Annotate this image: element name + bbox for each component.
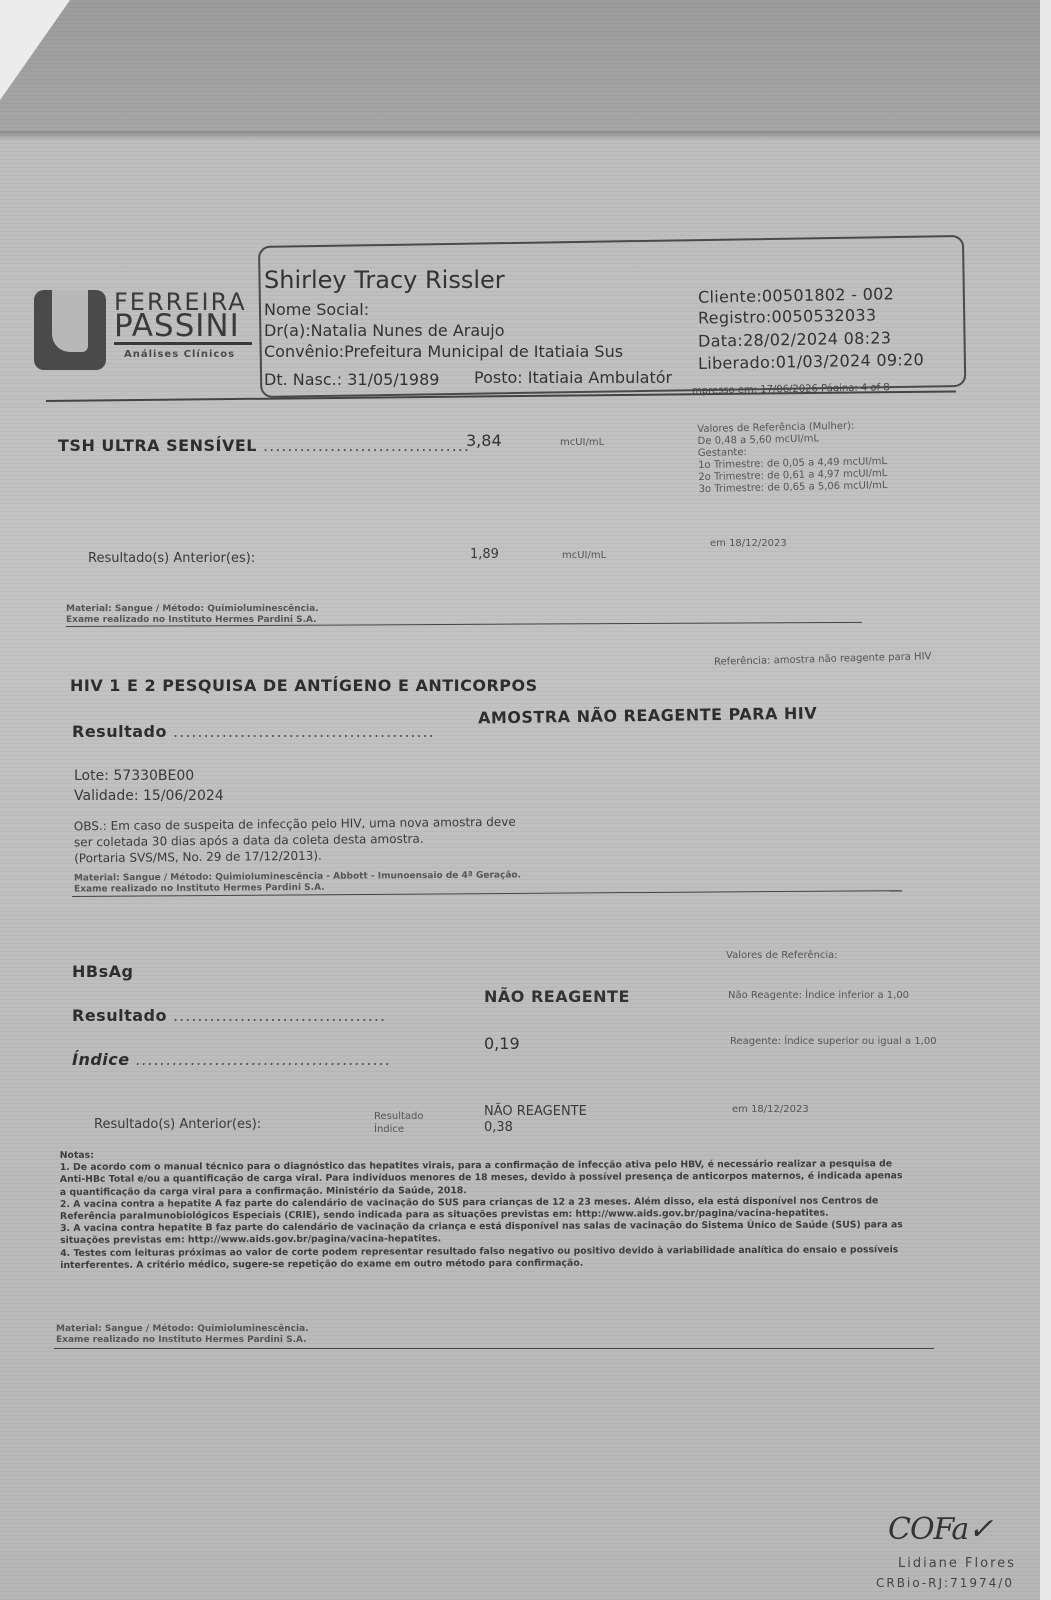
brand-subtitle: Análises Clínicos — [124, 349, 235, 360]
tsh-reference: Valores de Referência (Mulher): De 0,48 … — [697, 420, 887, 496]
hbsag-previous-labels: ResultadoÍndice — [374, 1110, 424, 1136]
hbsag-divider — [54, 1348, 934, 1349]
cliente-id: Cliente:00501802 - 002 — [698, 284, 894, 306]
social-name: Nome Social: — [264, 300, 369, 319]
hbsag-title: HBsAg — [72, 962, 133, 981]
hiv-validade: Validade: 15/06/2024 — [74, 788, 224, 805]
released-date: Liberado:01/03/2024 09:20 — [698, 350, 924, 373]
hiv-lote: Lote: 57330BE00 — [74, 768, 194, 785]
registro: Registro:0050532033 — [698, 305, 877, 327]
posto: Posto: Itatiaia Ambulatór — [474, 368, 672, 387]
tsh-previous-date: em 18/12/2023 — [710, 538, 787, 550]
hbsag-reference-title: Valores de Referência: — [726, 950, 838, 962]
hbsag-ref-nonreactive: Não Reagente: Índice inferior a 1,00 — [728, 990, 909, 1002]
tsh-previous-value: 1,89 — [470, 546, 499, 563]
tsh-material: Material: Sangue / Método: Quimiolumines… — [66, 604, 319, 626]
tsh-previous-unit: mcUI/mL — [562, 550, 606, 562]
hiv-result-label: Resultado ..............................… — [72, 722, 435, 741]
flask-logo-icon — [34, 290, 106, 370]
patient-name: Shirley Tracy Rissler — [264, 266, 505, 294]
hbsag-ref-reactive: Reagente: Índice superior ou igual a 1,0… — [730, 1036, 937, 1048]
convenio: Convênio:Prefeitura Municipal de Itatiai… — [264, 342, 623, 361]
doctor: Dr(a):Natalia Nunes de Araujo — [264, 321, 505, 340]
hbsag-result-value: NÃO REAGENTE — [484, 987, 630, 1006]
hbsag-notes: Notas: 1. De acordo com o manual técnico… — [60, 1146, 961, 1272]
signature-registry: CRBio-RJ:71974/0 — [876, 1576, 1014, 1590]
tsh-title: TSH ULTRA SENSÍVEL .....................… — [58, 436, 470, 455]
hbsag-previous-date: em 18/12/2023 — [732, 1104, 809, 1116]
hiv-obs: OBS.: Em caso de suspeita de infecção pe… — [74, 814, 516, 867]
signature-name: Lidiane Flores — [898, 1556, 1016, 1571]
brand-underline — [114, 342, 252, 345]
hbsag-index-value: 0,19 — [484, 1034, 520, 1053]
birth-date: Dt. Nasc.: 31/05/1989 — [264, 370, 439, 389]
hiv-material: Material: Sangue / Método: Quimiolumines… — [74, 870, 521, 895]
page-edge — [1040, 0, 1051, 1600]
brand-line2: PASSINI — [114, 308, 240, 344]
hiv-title: HIV 1 E 2 PESQUISA DE ANTÍGENO E ANTICOR… — [70, 676, 538, 695]
tsh-previous-label: Resultado(s) Anterior(es): — [88, 550, 255, 567]
hbsag-previous-values: NÃO REAGENTE0,38 — [484, 1104, 587, 1136]
collection-date: Data:28/02/2024 08:23 — [698, 328, 892, 350]
hbsag-previous-label: Resultado(s) Anterior(es): — [94, 1116, 261, 1133]
hbsag-index-label: Índice .................................… — [72, 1050, 391, 1069]
signature-scribble: COFa✓ — [888, 1512, 992, 1547]
tsh-unit: mcUI/mL — [560, 437, 604, 449]
hbsag-material: Material: Sangue / Método: Quimiolumines… — [56, 1324, 309, 1346]
hbsag-result-label: Resultado ..............................… — [72, 1006, 386, 1025]
tsh-value: 3,84 — [466, 431, 502, 450]
